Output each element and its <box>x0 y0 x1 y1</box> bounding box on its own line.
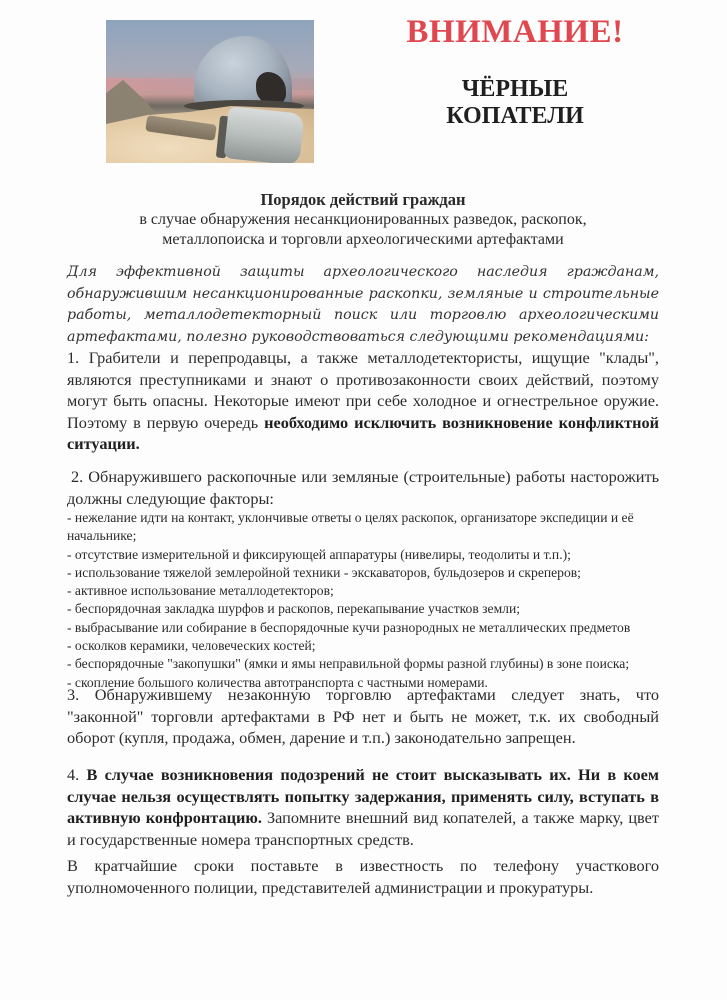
section-5: В кратчайшие сроки поставьте в известнос… <box>67 855 659 898</box>
list-item: - активное использование металлодетектор… <box>67 582 659 600</box>
procedure-subtitle-2: металлопоиска и торговли археологическим… <box>67 230 659 250</box>
section-2-lead: 2. Обнаружившего раскопочные или земляны… <box>67 466 659 509</box>
subject-line-2: КОПАТЕЛИ <box>400 103 630 130</box>
attention-title: ВНИМАНИЕ! <box>400 14 630 51</box>
section-4-number: 4. <box>67 765 86 784</box>
section-2: 2. Обнаружившего раскопочные или земляны… <box>67 466 659 692</box>
procedure-heading: Порядок действий граждан в случае обнару… <box>67 190 659 250</box>
section-3: 3. Обнаружившему незаконную торговлю арт… <box>67 684 659 749</box>
list-item: - отсутствие измерительной и фиксирующей… <box>67 546 659 564</box>
procedure-subtitle-1: в случае обнаружения несанкционированных… <box>67 210 659 230</box>
subject-title: ЧЁРНЫЕ КОПАТЕЛИ <box>400 76 630 130</box>
list-item: - осколков керамики, человеческих костей… <box>67 637 659 655</box>
procedure-title: Порядок действий граждан <box>67 190 659 210</box>
list-item: - выбрасывание или собирание в беспорядо… <box>67 619 659 637</box>
list-item: - беспорядочные "закопушки" (ямки и ямы … <box>67 655 659 673</box>
list-item: - беспорядочная закладка шурфов и раскоп… <box>67 600 659 618</box>
section-1: 1. Грабители и перепродавцы, а также мет… <box>67 347 659 455</box>
list-item: - использование тяжелой землеройной техн… <box>67 564 659 582</box>
grenade-head <box>223 106 304 163</box>
helmet-grenade-photo <box>106 20 314 163</box>
list-item: - нежелание идти на контакт, уклончивые … <box>67 509 659 546</box>
warning-signs-list: - нежелание идти на контакт, уклончивые … <box>67 509 659 692</box>
intro-paragraph: Для эффективной защиты археологического … <box>67 262 659 348</box>
notice-page: ВНИМАНИЕ! ЧЁРНЫЕ КОПАТЕЛИ Порядок действ… <box>0 0 727 1000</box>
subject-line-1: ЧЁРНЫЕ <box>400 76 630 103</box>
section-4: 4. В случае возникновения подозрений не … <box>67 764 659 850</box>
